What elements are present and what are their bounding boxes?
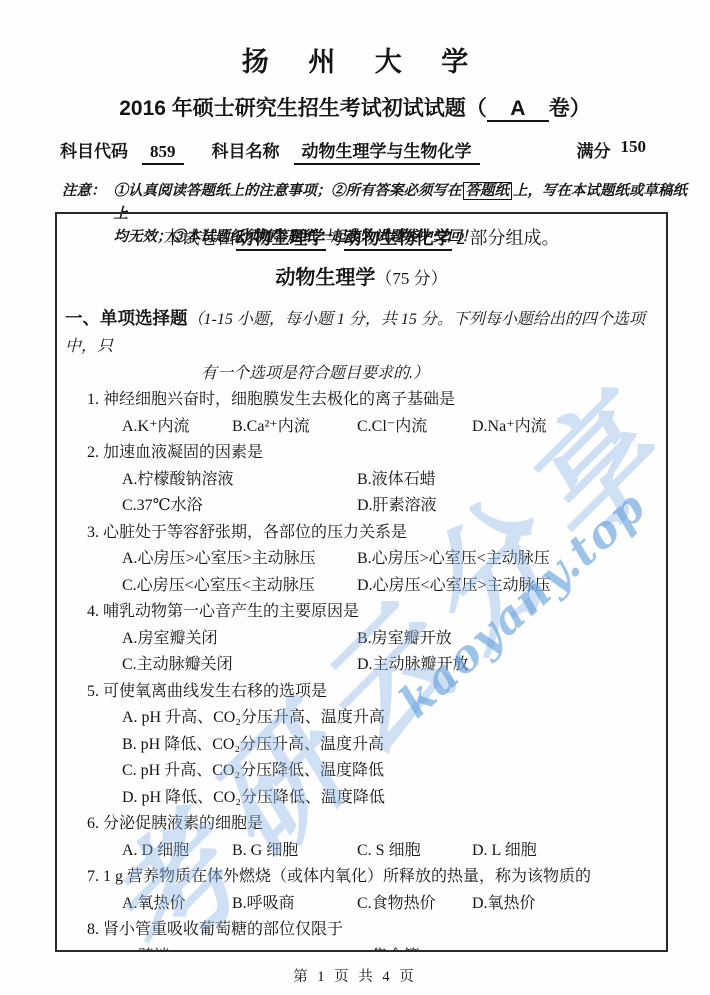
question-1: 1. 神经细胞兴奋时，细胞膜发生去极化的离子基础是A.K⁺内流B.Ca²⁺内流C… (57, 387, 666, 440)
option: C.Cl⁻内流 (357, 414, 472, 441)
full-score-label: 满分 (577, 137, 611, 162)
question-options: A.柠檬酸钠溶液B.液体石蜡C.37℃水浴D.肝素溶液 (57, 467, 666, 520)
intro-mid: 与 (326, 228, 344, 248)
option: B.集合管 (357, 944, 666, 953)
part-title: 动物生理学（75 分） (57, 264, 666, 294)
full-score: 满分150 (577, 137, 647, 162)
option: C. pH 升高、CO₂分压降低、温度降低 (122, 758, 666, 785)
content-box: 本试卷由动物生理学与动物生物化学 2 部分组成。 动物生理学（75 分） 一、单… (55, 212, 668, 952)
question-4: 4. 哺乳动物第一心音产生的主要原因是A.房室瓣关闭B.房室瓣开放C.主动脉瓣关… (57, 599, 666, 679)
part-name: 动物生理学 (275, 267, 375, 289)
question-options: A.心房压>心室压>主动脉压B.心房压>心室压<主动脉压C.心房压<心室压<主动… (57, 546, 666, 599)
option: A.柠檬酸钠溶液 (122, 467, 357, 494)
exam-title-post: 卷） (549, 97, 591, 120)
question-options: A.氧热价B.呼吸商C.食物热价D.氧热价 (57, 891, 666, 918)
intro-post: 2 部分组成。 (452, 228, 560, 248)
notice-line1-pre: ①认真阅读答题纸上的注意事项；②所有答案必须写在 (114, 183, 462, 199)
question-6: 6. 分泌促胰液素的细胞是A. D 细胞B. G 细胞C. S 细胞D. L 细… (57, 811, 666, 864)
question-stem: 1. 神经细胞兴奋时，细胞膜发生去极化的离子基础是 (57, 387, 666, 414)
option: A.房室瓣关闭 (122, 626, 357, 653)
option: C.食物热价 (357, 891, 472, 918)
section-heading: 一、单项选择题（1-15 小题，每小题 1 分，共 15 分。下列每小题给出的四… (65, 305, 666, 387)
option: B.呼吸商 (232, 891, 357, 918)
option: D.Na⁺内流 (472, 414, 547, 441)
option: C.心房压<心室压<主动脉压 (122, 573, 357, 600)
question-options: A.K⁺内流B.Ca²⁺内流C.Cl⁻内流D.Na⁺内流 (57, 414, 666, 441)
question-5: 5. 可使氧离曲线发生右移的选项是A. pH 升高、CO₂分压升高、温度升高B.… (57, 679, 666, 812)
exam-paper-page: 考研云分享 kaoyany.top 扬 州 大 学 2016 年硕士研究生招生考… (0, 0, 710, 995)
question-options: A. D 细胞B. G 细胞C. S 细胞D. L 细胞 (57, 838, 666, 865)
option: B. G 细胞 (232, 838, 357, 865)
option: B.Ca²⁺内流 (232, 414, 357, 441)
intro-part1: 动物生理学 (236, 228, 326, 251)
option: C. S 细胞 (357, 838, 472, 865)
paper-composition-line: 本试卷由动物生理学与动物生物化学 2 部分组成。 (57, 223, 666, 253)
part-score: （75 分） (375, 269, 447, 288)
question-stem: 2. 加速血液凝固的因素是 (57, 440, 666, 467)
exam-title: 2016 年硕士研究生招生考试初试试题（A卷） (0, 92, 710, 122)
subject-code-value: 859 (142, 142, 184, 165)
option: B. pH 降低、CO₂分压升高、温度升高 (122, 732, 666, 759)
section-instruction-line2: 有一个选项是符合题目要求的.） (201, 360, 666, 387)
option: C.主动脉瓣关闭 (122, 652, 357, 679)
paper-version-blank: A (487, 98, 549, 122)
section-heading-line1: 一、单项选择题（1-15 小题，每小题 1 分，共 15 分。下列每小题给出的四… (65, 305, 666, 360)
option: D.肝素溶液 (357, 493, 666, 520)
exam-title-pre: 2016 年硕士研究生招生考试初试试题（ (119, 97, 487, 120)
subject-name-label: 科目名称 (212, 137, 280, 162)
question-stem: 4. 哺乳动物第一心音产生的主要原因是 (57, 599, 666, 626)
question-stem: 5. 可使氧离曲线发生右移的选项是 (57, 679, 666, 706)
question-7: 7. 1 g 营养物质在体外燃烧（或体内氧化）所释放的热量，称为该物质的A.氧热… (57, 864, 666, 917)
question-options: A.髓袢B.集合管C.近曲小管D.远曲小管 (57, 944, 666, 953)
university-title: 扬 州 大 学 (0, 0, 710, 79)
option: B.房室瓣开放 (357, 626, 666, 653)
option: B.液体石蜡 (357, 467, 666, 494)
section-title: 一、单项选择题 (65, 308, 188, 328)
option: D.氧热价 (472, 891, 536, 918)
intro-part2: 动物生物化学 (344, 228, 452, 251)
question-options: A. pH 升高、CO₂分压升高、温度升高B. pH 降低、CO₂分压升高、温度… (57, 705, 666, 811)
question-options: A.房室瓣关闭B.房室瓣开放C.主动脉瓣关闭D.主动脉瓣开放 (57, 626, 666, 679)
subject-line: 科目代码 859 科目名称 动物生理学与生物化学 满分150 (60, 137, 646, 165)
question-8: 8. 肾小管重吸收葡萄糖的部位仅限于A.髓袢B.集合管C.近曲小管D.远曲小管 (57, 917, 666, 952)
option: B.心房压>心室压<主动脉压 (357, 546, 666, 573)
notice-boxed-term: 答题纸 (463, 182, 513, 200)
question-stem: 3. 心脏处于等容舒张期，各部位的压力关系是 (57, 520, 666, 547)
intro-pre: 本试卷由 (164, 228, 236, 248)
option: A. pH 升高、CO₂分压升高、温度升高 (122, 705, 666, 732)
option: D. L 细胞 (472, 838, 537, 865)
question-stem: 6. 分泌促胰液素的细胞是 (57, 811, 666, 838)
question-2: 2. 加速血液凝固的因素是A.柠檬酸钠溶液B.液体石蜡C.37℃水浴D.肝素溶液 (57, 440, 666, 520)
option: D. pH 降低、CO₂分压降低、温度降低 (122, 785, 666, 812)
subject-name-value: 动物生理学与生物化学 (294, 137, 480, 165)
question-stem: 7. 1 g 营养物质在体外燃烧（或体内氧化）所释放的热量，称为该物质的 (57, 864, 666, 891)
option: D.心房压<心室压>主动脉压 (357, 573, 666, 600)
option: D.主动脉瓣开放 (357, 652, 666, 679)
option: A.K⁺内流 (122, 414, 232, 441)
question-list: 1. 神经细胞兴奋时，细胞膜发生去极化的离子基础是A.K⁺内流B.Ca²⁺内流C… (57, 387, 666, 952)
question-3: 3. 心脏处于等容舒张期，各部位的压力关系是A.心房压>心室压>主动脉压B.心房… (57, 520, 666, 600)
full-score-value: 150 (621, 137, 647, 162)
option: A.髓袢 (122, 944, 357, 953)
subject-code-label: 科目代码 (60, 137, 128, 162)
option: A. D 细胞 (122, 838, 232, 865)
option: A.氧热价 (122, 891, 232, 918)
question-stem: 8. 肾小管重吸收葡萄糖的部位仅限于 (57, 917, 666, 944)
page-number-footer: 第 1 页 共 4 页 (0, 965, 710, 986)
option: A.心房压>心室压>主动脉压 (122, 546, 357, 573)
option: C.37℃水浴 (122, 493, 357, 520)
